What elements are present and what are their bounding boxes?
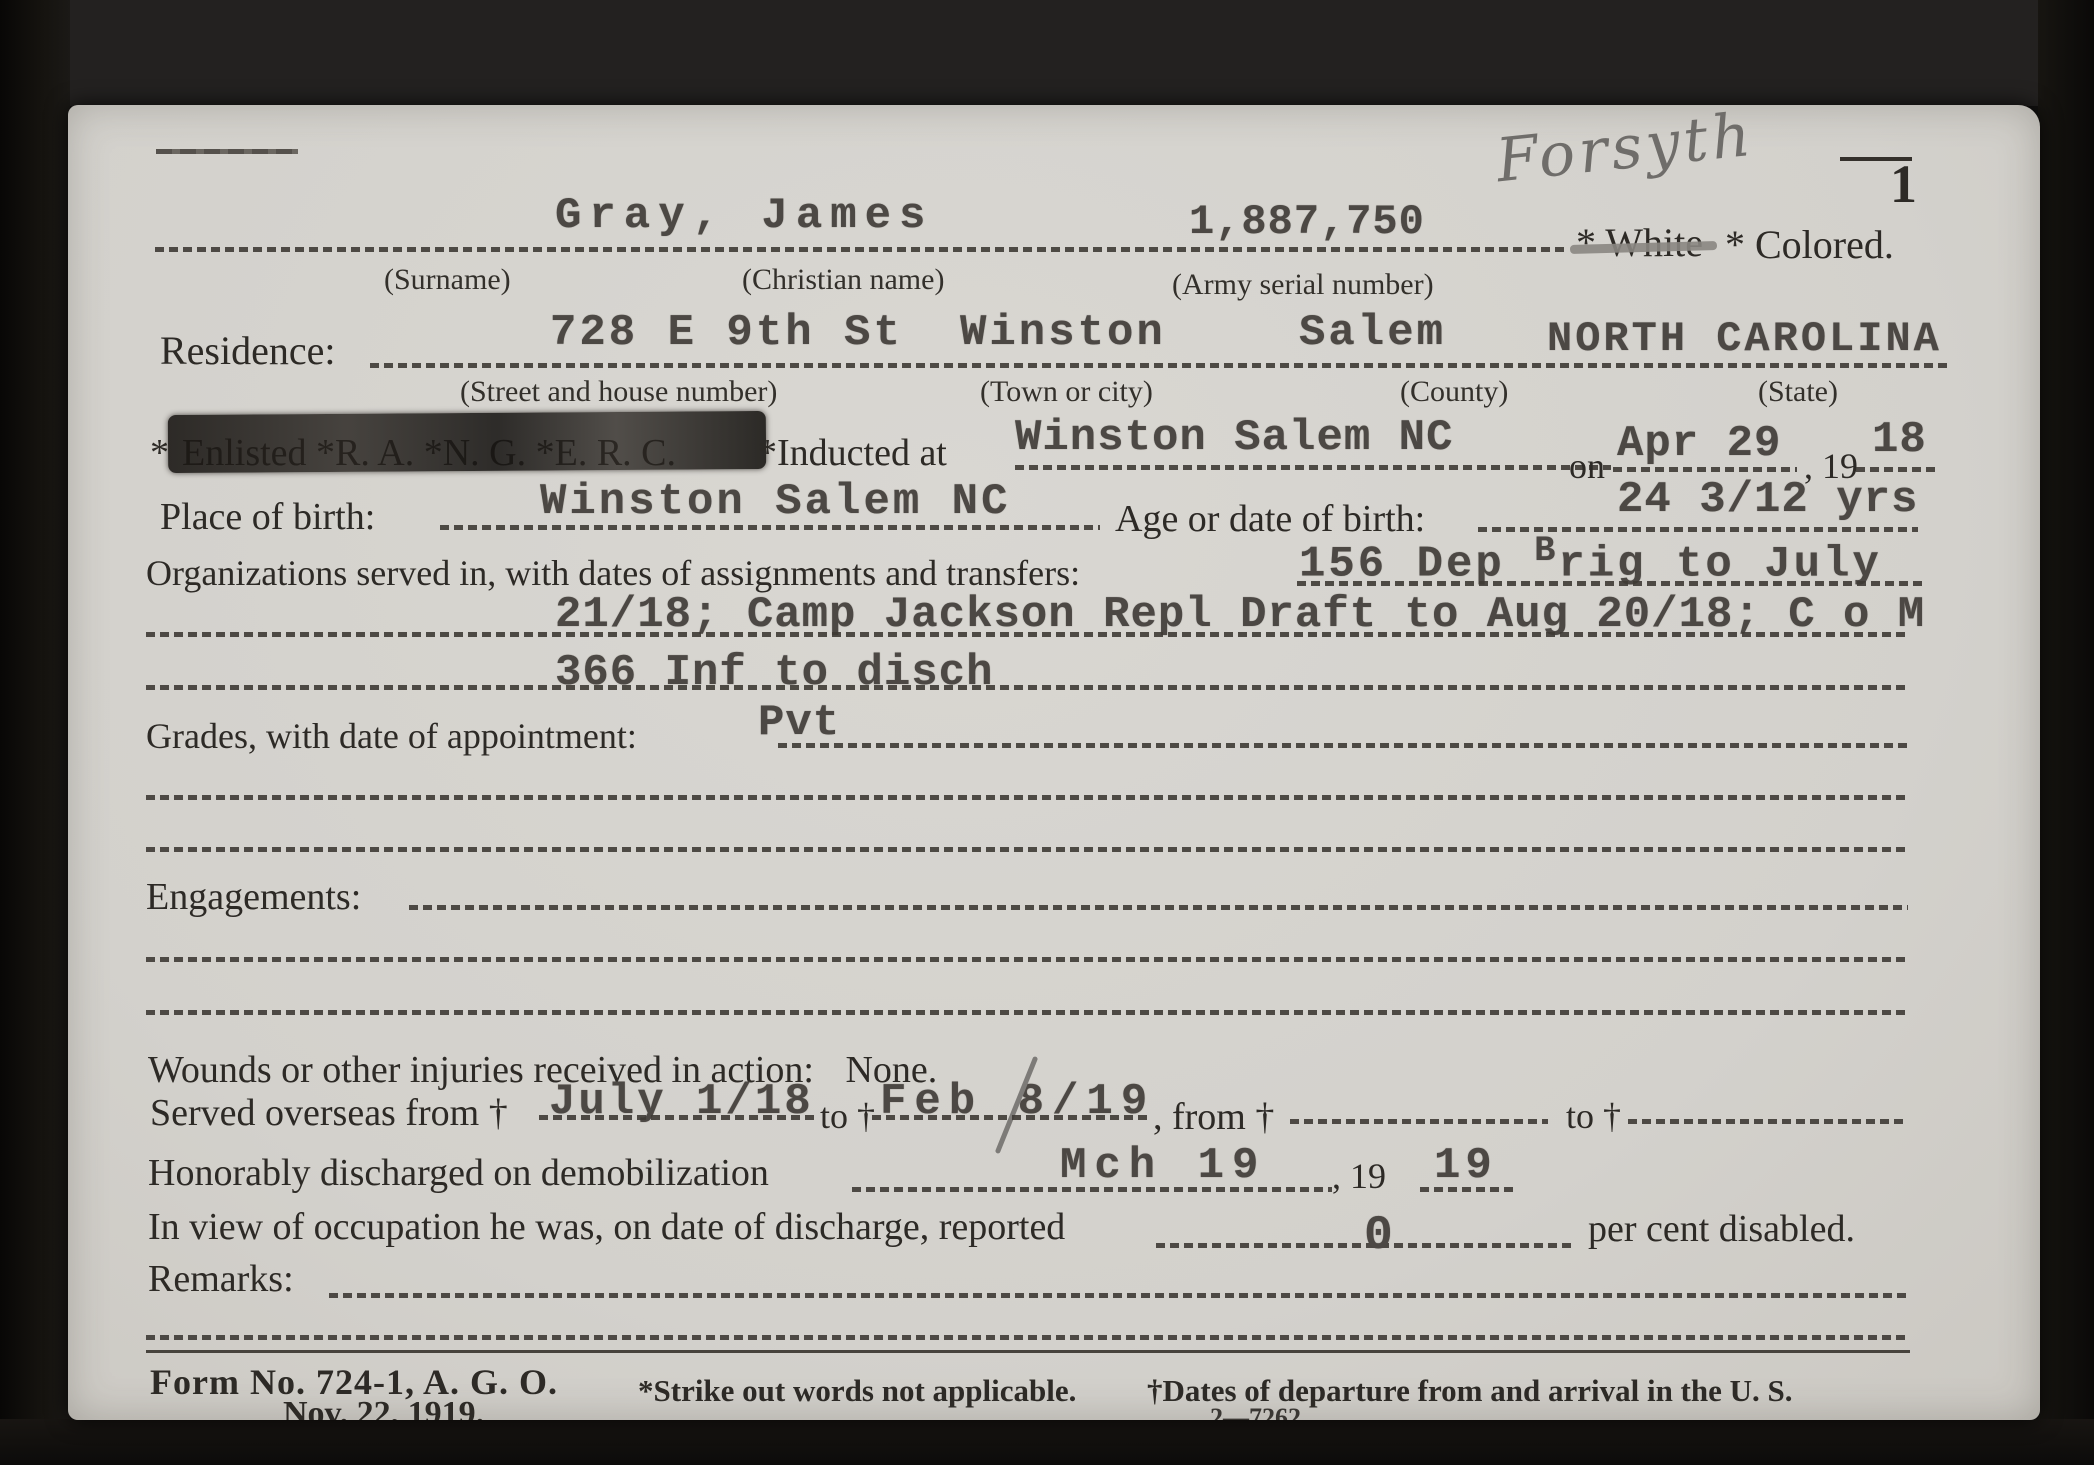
form-date: Nov. 22, 1919. xyxy=(283,1395,484,1420)
organizations-line3-rule xyxy=(146,685,1908,690)
print-code: 2—7262 xyxy=(1210,1403,1301,1420)
discharge-year-label: , 19 xyxy=(1332,1155,1386,1197)
label-surname: (Surname) xyxy=(384,263,511,297)
engagements-label: Engagements: xyxy=(146,875,361,919)
serial-value: 1,887,750 xyxy=(1189,198,1425,246)
overseas-from1-label: Served overseas from † xyxy=(150,1091,508,1135)
organizations-line2-rule xyxy=(146,632,1908,637)
scan-edge-right xyxy=(2038,0,2094,1465)
induction-date-value: Apr 29 xyxy=(1617,419,1781,469)
discharge-label: Honorably discharged on demobilization xyxy=(148,1151,769,1195)
blank-rule-1 xyxy=(146,795,1908,800)
scan-edge-bottom xyxy=(0,1419,2094,1465)
residence-label: Residence: xyxy=(160,327,336,374)
marker-strikeout-bar xyxy=(168,411,766,473)
induction-year-line xyxy=(1856,467,1938,472)
remarks-label: Remarks: xyxy=(148,1257,294,1301)
footer-divider xyxy=(146,1350,1910,1353)
enlist-star: * xyxy=(150,431,169,475)
organizations-line1-rule xyxy=(1297,581,1925,586)
residence-county-value: Salem xyxy=(1299,308,1446,358)
grades-rule xyxy=(778,743,1908,748)
birth-line xyxy=(440,525,1100,530)
race-white: * White xyxy=(1576,219,1703,266)
residence-state-value: NORTH CAROLINA xyxy=(1547,315,1942,363)
race-colored: * Colored. xyxy=(1725,221,1894,268)
name-value: Gray, James xyxy=(555,191,933,241)
inducted-at-label: *Inducted at xyxy=(758,431,947,475)
org-line1-sup: B xyxy=(1534,531,1558,571)
on-label: on xyxy=(1569,445,1605,487)
inducted-place-value: Winston Salem NC xyxy=(1015,413,1453,463)
overseas-from1-rule xyxy=(539,1115,815,1120)
blank-rule-5 xyxy=(146,1335,1908,1340)
blank-rule-3 xyxy=(146,957,1908,962)
overseas-to1-rule xyxy=(872,1115,1150,1120)
scanned-service-card: Forsyth 1 Gray, James 1,887,750 * White … xyxy=(0,0,2094,1465)
label-street: (Street and house number) xyxy=(460,375,777,409)
disability-suffix-label: per cent disabled. xyxy=(1588,1207,1855,1251)
overseas-from2-label: , from † xyxy=(1153,1095,1274,1139)
label-town: (Town or city) xyxy=(980,375,1153,409)
discharge-year-value: 19 xyxy=(1434,1141,1497,1191)
induction-date-line xyxy=(1613,467,1797,472)
service-record-card: Forsyth 1 Gray, James 1,887,750 * White … xyxy=(68,105,2040,1420)
race-white-struck: * White xyxy=(1576,219,1703,266)
name-line xyxy=(155,247,1568,252)
age-value: 24 3/12 yrs xyxy=(1617,475,1918,525)
remarks-rule xyxy=(329,1293,1907,1298)
page-number: 1 xyxy=(1890,153,1917,215)
label-state: (State) xyxy=(1758,375,1838,409)
discharge-year-rule xyxy=(1420,1187,1516,1192)
footnote-strike: *Strike out words not applicable. xyxy=(638,1373,1076,1409)
engagements-rule xyxy=(409,905,1908,910)
overseas-to2-label: to † xyxy=(1566,1095,1621,1137)
county-handwritten: Forsyth xyxy=(1493,105,1758,196)
residence-line xyxy=(370,363,1950,368)
organizations-label: Organizations served in, with dates of a… xyxy=(146,552,1080,594)
discharge-date-value: Mch 19 xyxy=(1060,1141,1266,1191)
overseas-from2-rule xyxy=(1290,1119,1548,1124)
label-county: (County) xyxy=(1400,375,1508,409)
disability-value: 0 xyxy=(1364,1209,1394,1263)
overseas-to2-rule xyxy=(1628,1119,1908,1124)
scan-edge-top xyxy=(0,0,2094,106)
residence-street-value: 728 E 9th St xyxy=(550,308,903,358)
grades-label: Grades, with date of appointment: xyxy=(146,715,637,757)
grades-value: Pvt xyxy=(758,698,840,748)
label-army-serial: (Army serial number) xyxy=(1172,268,1434,302)
birth-value: Winston Salem NC xyxy=(540,477,1010,527)
label-christian-name: (Christian name) xyxy=(742,263,944,297)
residence-town-value: Winston xyxy=(960,308,1166,358)
scan-edge-left xyxy=(0,0,70,1465)
disability-label: In view of occupation he was, on date of… xyxy=(148,1205,1065,1249)
birth-label: Place of birth: xyxy=(160,495,375,539)
blank-rule-4 xyxy=(146,1010,1908,1015)
organizations-line3: 366 Inf to disch xyxy=(555,648,993,698)
overseas-to1-label: to † xyxy=(820,1095,875,1137)
wounds-row: Wounds or other injuries received in act… xyxy=(148,1048,937,1092)
induction-year-value: 18 xyxy=(1872,415,1927,465)
inducted-place-line xyxy=(1015,465,1611,470)
smudge-dash xyxy=(156,149,298,154)
blank-rule-2 xyxy=(146,847,1908,852)
